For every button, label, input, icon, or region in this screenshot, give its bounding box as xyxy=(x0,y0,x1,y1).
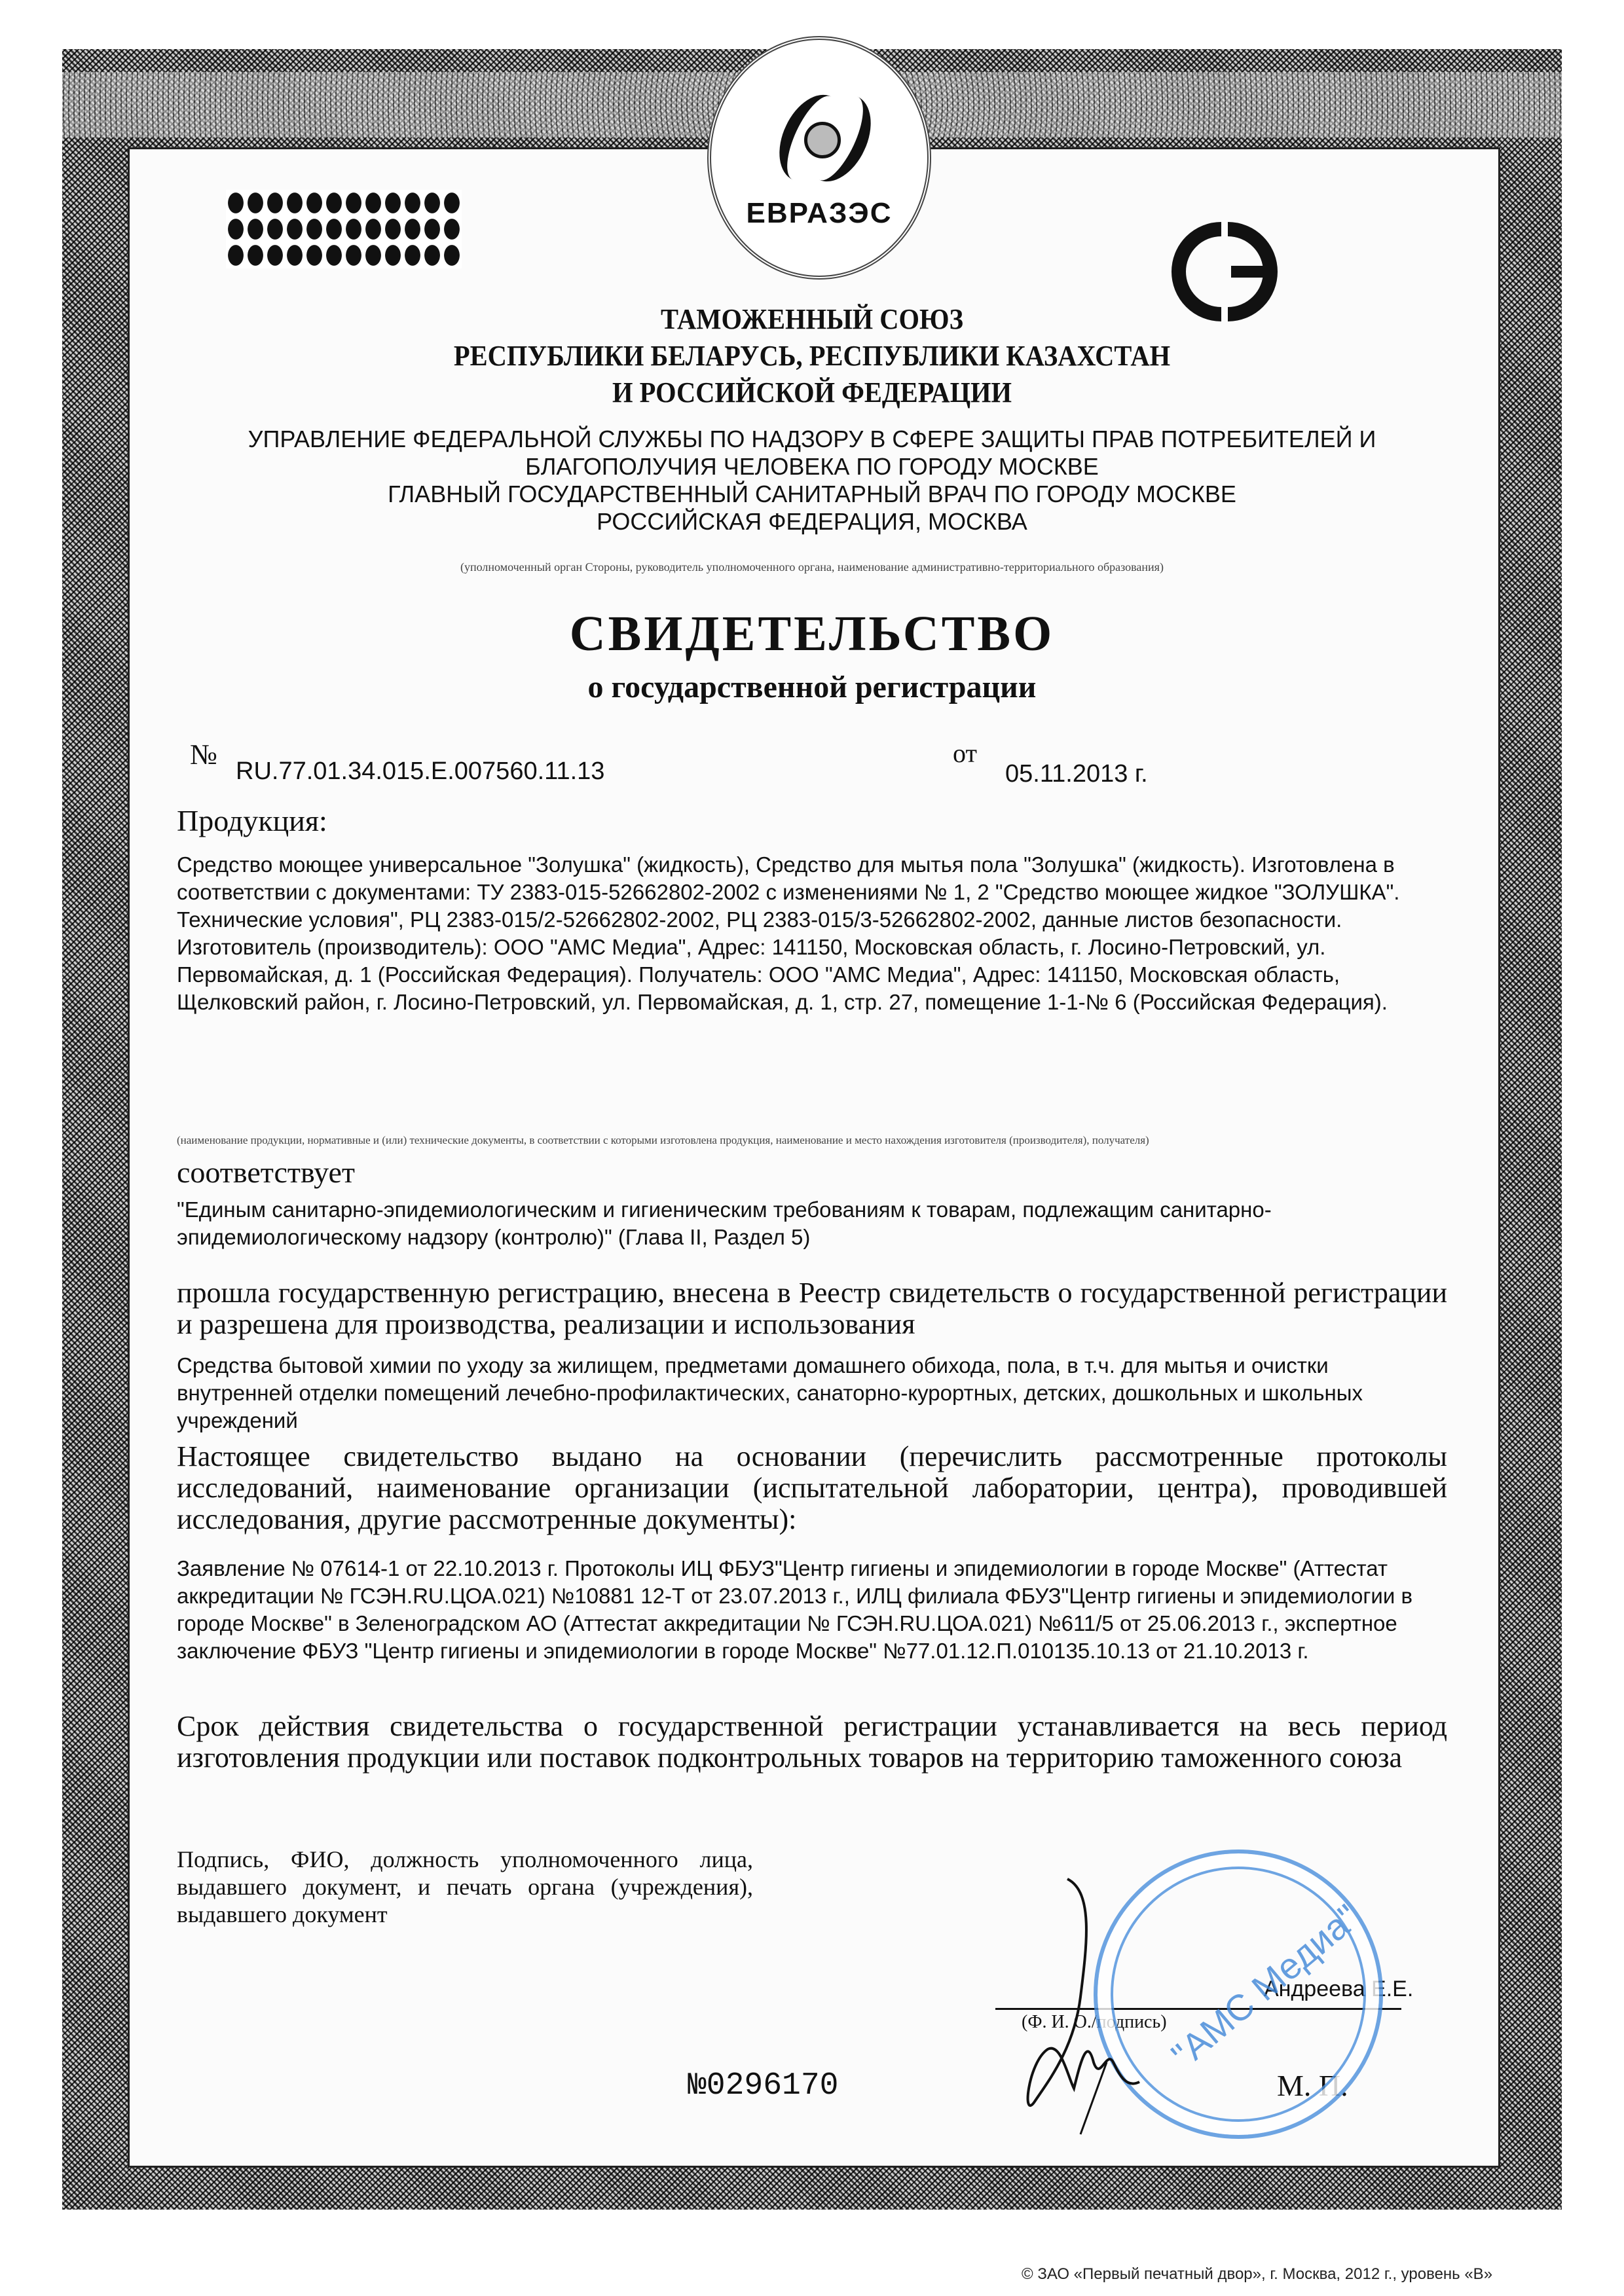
compliance-requirements: "Единым санитарно-эпидемиологическим и г… xyxy=(177,1196,1447,1251)
product-caption: (наименование продукции, нормативные и (… xyxy=(177,1134,1447,1147)
compliance-label: соответствует xyxy=(177,1155,1447,1190)
usage-scope: Средства бытовой химии по уходу за жилищ… xyxy=(177,1352,1447,1434)
stamp-center-text: "АМС Медиа" xyxy=(1163,1895,1367,2076)
registration-statement: прошла государственную регистрацию, внес… xyxy=(177,1277,1447,1340)
document-title: СВИДЕТЕЛЬСТВО xyxy=(177,606,1447,663)
blank-number: №0296170 xyxy=(688,2068,838,2104)
document-subtitle: о государственной регистрации xyxy=(177,669,1447,705)
validity-statement: Срок действия свидетельства о государств… xyxy=(177,1711,1447,1774)
registration-number-row: № RU.77.01.34.015.Е.007560.11.13 от 05.1… xyxy=(177,738,1447,797)
product-label: Продукция: xyxy=(177,803,1447,838)
basis-documents: Заявление № 07614-1 от 22.10.2013 г. Про… xyxy=(177,1555,1447,1665)
evrazes-emblem: ЕВРАЗЭС xyxy=(707,36,931,280)
number-sign: № xyxy=(190,738,217,771)
handwritten-signature-icon xyxy=(1008,1866,1153,2141)
basis-statement: Настоящее свидетельство выдано на основа… xyxy=(177,1441,1447,1535)
registration-number: RU.77.01.34.015.Е.007560.11.13 xyxy=(236,757,604,786)
issuing-authority: УПРАВЛЕНИЕ ФЕДЕРАЛЬНОЙ СЛУЖБЫ ПО НАДЗОРУ… xyxy=(177,426,1447,536)
evrazes-logo-icon xyxy=(770,86,868,191)
customs-union-heading: ТАМОЖЕННЫЙ СОЮЗ РЕСПУБЛИКИ БЕЛАРУСЬ, РЕС… xyxy=(228,301,1397,411)
authority-caption: (уполномоченный орган Стороны, руководит… xyxy=(177,560,1447,574)
product-description: Средство моющее универсальное "Золушка" … xyxy=(177,851,1447,1016)
document-body: ТАМОЖЕННЫЙ СОЮЗ РЕСПУБЛИКИ БЕЛАРУСЬ, РЕС… xyxy=(177,301,1447,2121)
date-prefix: от xyxy=(953,738,977,769)
printer-credit: © ЗАО «Первый печатный двор», г. Москва,… xyxy=(1022,2265,1492,2284)
signature-instruction: Подпись, ФИО, должность уполномоченного … xyxy=(177,1846,753,1928)
registration-date: 05.11.2013 г. xyxy=(1005,760,1148,788)
emblem-label: ЕВРАЗЭС xyxy=(746,197,892,230)
security-pattern xyxy=(226,190,462,268)
